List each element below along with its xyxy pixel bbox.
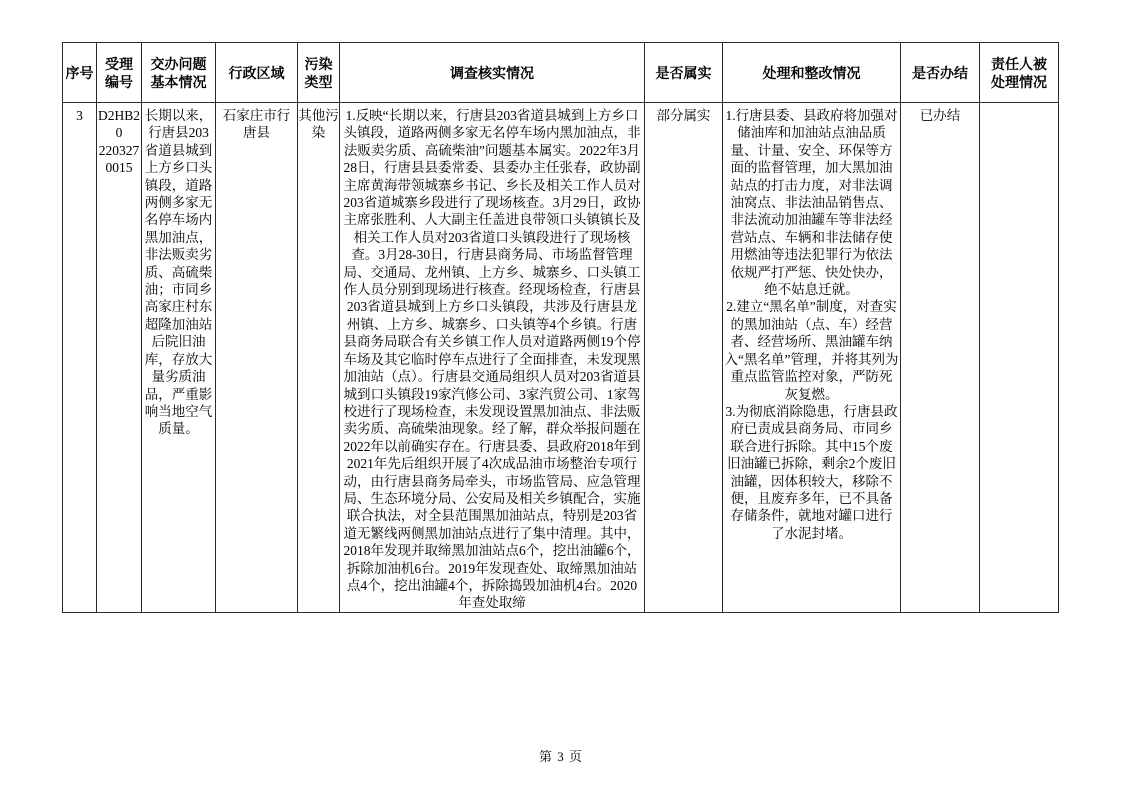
col-header-pollution-type: 污染 类型 [298,43,340,103]
cell-case-no: D2HB20 220327 0015 [97,103,142,613]
cell-handling: 1.行唐县委、县政府将加强对储油库和加油站点油品质量、计量、安全、环保等方面的监… [723,103,901,613]
complaints-table: 序号 受理 编号 交办问题 基本情况 行政区域 污染 类型 调查核实情况 是否属… [62,42,1059,613]
col-header-handling: 处理和整改情况 [723,43,901,103]
col-header-case-no: 受理 编号 [97,43,142,103]
cell-completed: 已办结 [901,103,980,613]
cell-problem: 长期以来，行唐县203省道县城到上方乡口头镇段，道路两侧多家无名停车场内黑加油点… [142,103,216,613]
cell-region: 石家庄市行唐县 [216,103,298,613]
cell-responsible [980,103,1059,613]
col-header-seq: 序号 [63,43,97,103]
cell-investigation: 1.反映“长期以来，行唐县203省道县城到上方乡口头镇段，道路两侧多家无名停车场… [340,103,645,613]
col-header-investigation: 调查核实情况 [340,43,645,103]
col-header-responsible: 责任人被 处理情况 [980,43,1059,103]
cell-seq: 3 [63,103,97,613]
col-header-completed: 是否办结 [901,43,980,103]
table-row: 3 D2HB20 220327 0015 长期以来，行唐县203省道县城到上方乡… [63,103,1059,613]
col-header-problem: 交办问题 基本情况 [142,43,216,103]
table-header-row: 序号 受理 编号 交办问题 基本情况 行政区域 污染 类型 调查核实情况 是否属… [63,43,1059,103]
page-number: 第 3 页 [0,746,1122,765]
cell-verified: 部分属实 [645,103,723,613]
col-header-region: 行政区域 [216,43,298,103]
cell-pollution-type: 其他污 染 [298,103,340,613]
col-header-verified: 是否属实 [645,43,723,103]
